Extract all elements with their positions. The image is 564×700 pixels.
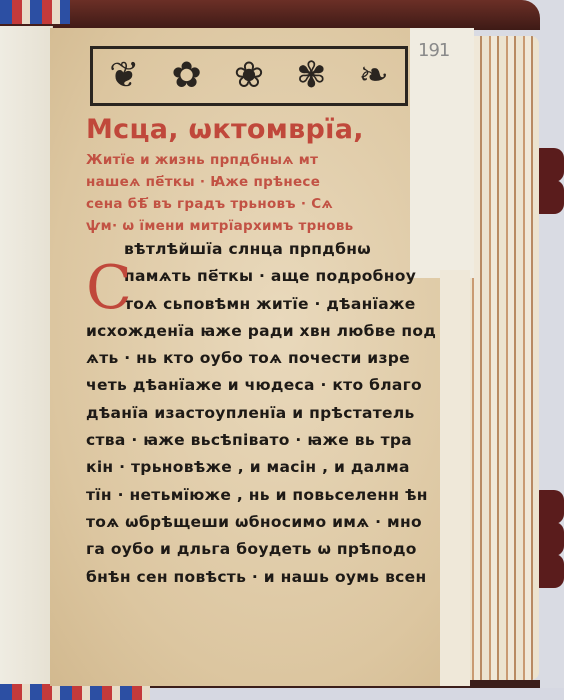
headband-top: [0, 0, 70, 24]
text-block: Мсца, ѡктомврїа, Житїе и жизнь прпдбныѧ …: [86, 114, 436, 595]
paper-repair-side: [440, 270, 470, 686]
body-line: вѣтлѣйшїа слнца прпдбнѡ: [86, 240, 436, 267]
body-line: га оубо и дльга боудеть ѡ прѣподо: [86, 540, 436, 567]
rubric-line: ѱм· ѡ їмени митрїархимъ трновь: [86, 218, 436, 240]
body-line: кін · трьновѣже , и масін , и далма: [86, 458, 436, 485]
body-line: тоѧ сьповѣмн житїе · дѣанїаже: [86, 295, 436, 322]
vine-ornament-icon: ❧: [359, 58, 389, 94]
rosette-ornament-icon: ❀: [234, 58, 264, 94]
ornamental-headpiece: ❦ ✿ ❀ ✾ ❧: [90, 46, 408, 106]
heading-title: Мсца, ѡктомврїа,: [86, 114, 436, 152]
rubric-line: сена бѣ҃ въ градъ трьновъ · Сѧ: [86, 196, 436, 218]
folio-number: 191: [418, 40, 449, 61]
guard-strip: [0, 26, 53, 684]
page-edges: [465, 36, 539, 680]
body-line: исхожденїа ꙗже ради хвн любве подь: [86, 322, 436, 349]
rubric-line: нашеѧ пе҃ткы · Ꙗже прѣнесе: [86, 174, 436, 196]
vine-ornament-icon: ❦: [109, 58, 139, 94]
book-binding-top: [0, 0, 540, 30]
background: [150, 688, 564, 700]
body-line: тоѧ ѡбрѣщеши ѡбносимо имѧ · мно: [86, 513, 436, 540]
body-line: ѧть · нь кто оубо тоѧ почести изре: [86, 349, 436, 376]
flower-ornament-icon: ✾: [296, 58, 326, 94]
body-line: дѣанїа изастоупленїа и прѣстатель: [86, 404, 436, 431]
body-line: ства · ꙗже вьсѣпівато · ꙗже вь тра: [86, 431, 436, 458]
body-line: памѧть пе҃ткы · аще подробноу: [86, 267, 436, 294]
body-line: тїн · нетьмїюже , нь и повьселенн ѣн: [86, 486, 436, 513]
body-line: четь дѣанїаже и чюдеса · кто благо: [86, 376, 436, 403]
drop-cap-initial: С: [86, 258, 132, 318]
rubric-line: Житїе и жизнь прпдбныѧ мт: [86, 152, 436, 174]
body-line: бнѣн сен повѣсть · и нашь оумь всен: [86, 568, 436, 595]
flower-ornament-icon: ✿: [172, 58, 202, 94]
